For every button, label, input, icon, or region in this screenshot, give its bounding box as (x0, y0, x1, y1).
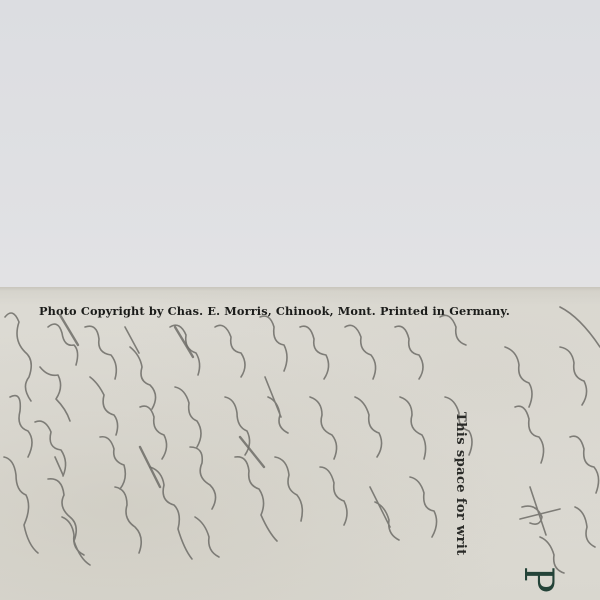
background-surface (0, 0, 600, 288)
handwriting-strokes (0, 287, 600, 600)
writing-space-label: This space for writ (453, 412, 468, 556)
postcard-heading-letter: P (515, 566, 561, 593)
